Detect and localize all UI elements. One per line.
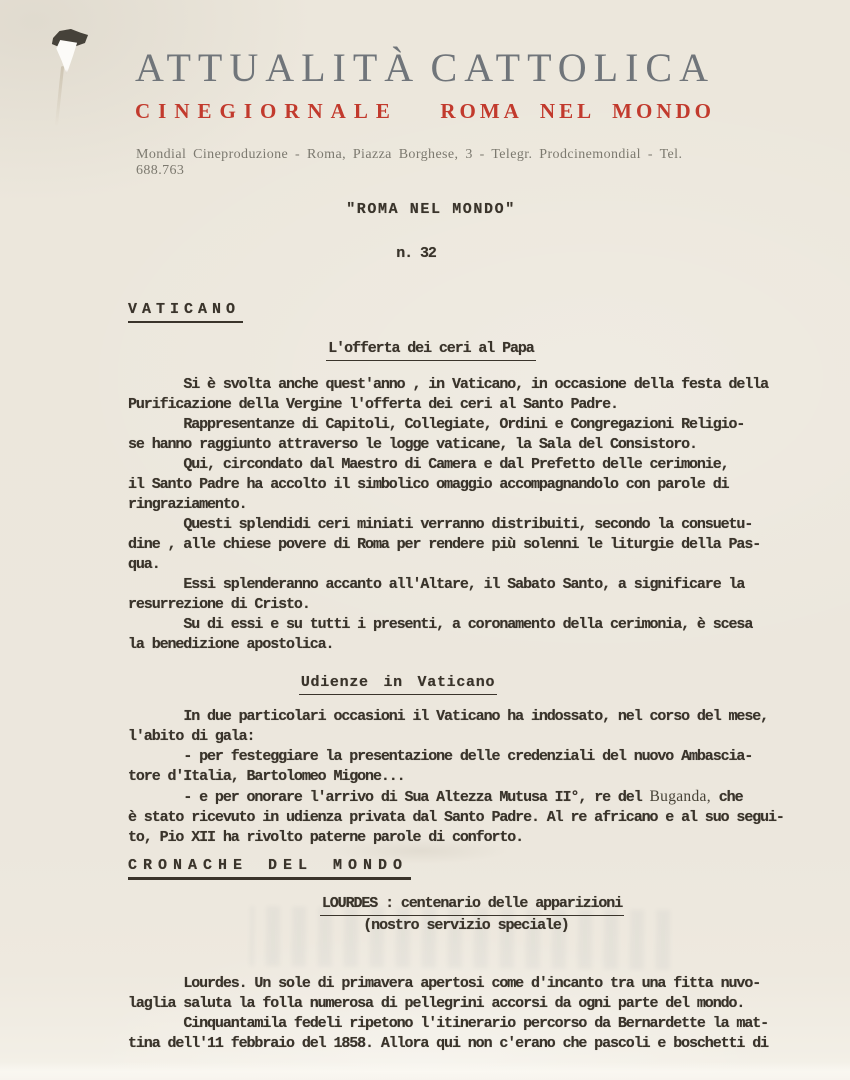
scanned-document-page: ATTUALITÀ CATTOLICA CINEGIORNALE ROMA NE… xyxy=(0,0,850,1080)
article-heading-lourdes: LOURDES : centenario delle apparizioni xyxy=(134,894,810,916)
masthead-address: Mondial Cineproduzione - Roma, Piazza Bo… xyxy=(136,147,736,179)
paragraph: Qui, circondato dal Maestro di Camera e … xyxy=(128,455,804,515)
masthead-subtitle-word2: ROMA NEL MONDO xyxy=(440,99,715,124)
scan-edge-band xyxy=(0,1062,850,1080)
paper-crease xyxy=(55,66,64,126)
masthead-title-word1: ATTUALITÀ xyxy=(135,44,420,91)
masthead-title-word2: CATTOLICA xyxy=(431,44,715,91)
paragraph: Questi splendidi ceri miniati verranno d… xyxy=(128,515,804,575)
article-subheading-lourdes: (nostro servizio speciale) xyxy=(128,916,804,936)
paragraph-with-insert: - e per onorare l'arrivo di Sua Altezza … xyxy=(128,787,804,848)
inserted-word-buganda: Buganda, xyxy=(650,788,711,805)
document-title: "ROMA NEL MONDO" xyxy=(93,200,769,220)
paragraph: Su di essi e su tutti i presenti, a coro… xyxy=(128,615,804,655)
paragraph: - per festeggiare la presentazione delle… xyxy=(128,747,804,787)
masthead-subtitle-word1: CINEGIORNALE xyxy=(135,99,398,124)
article-heading-udienze: Udienze in Vaticano xyxy=(60,673,736,695)
typewritten-body: "ROMA NEL MONDO" n. 32 VATICANO L'offert… xyxy=(128,200,804,1054)
section-label-vaticano: VATICANO xyxy=(128,300,804,323)
masthead-title: ATTUALITÀ CATTOLICA xyxy=(135,44,715,91)
paragraph: Lourdes. Un sole di primavera apertosi c… xyxy=(128,974,804,1014)
paragraph-fragment: - e per onorare l'arrivo di Sua Altezza … xyxy=(128,789,650,806)
paragraph: In due particolari occasioni il Vaticano… xyxy=(128,707,804,747)
paragraph: Cinquantamila fedeli ripetono l'itinerar… xyxy=(128,1014,804,1054)
article-heading-ceri-text: L'offerta dei ceri al Papa xyxy=(326,339,535,361)
section-label-cronache: CRONACHE DEL MONDO xyxy=(128,856,804,880)
issue-number: n. 32 xyxy=(78,244,754,264)
section-label-vaticano-text: VATICANO xyxy=(128,300,243,323)
masthead-subtitle: CINEGIORNALE ROMA NEL MONDO xyxy=(135,99,715,124)
section-label-cronache-text: CRONACHE DEL MONDO xyxy=(128,856,411,880)
article-heading-lourdes-text: LOURDES : centenario delle apparizioni xyxy=(320,894,624,916)
paragraph: Essi splenderanno accanto all'Altare, il… xyxy=(128,575,804,615)
paragraph: Si è svolta anche quest'anno , in Vatica… xyxy=(128,375,804,415)
paragraph: Rappresentanze di Capitoli, Collegiate, … xyxy=(128,415,804,455)
article-heading-ceri: L'offerta dei ceri al Papa xyxy=(93,339,769,361)
article-heading-udienze-text: Udienze in Vaticano xyxy=(299,673,497,695)
